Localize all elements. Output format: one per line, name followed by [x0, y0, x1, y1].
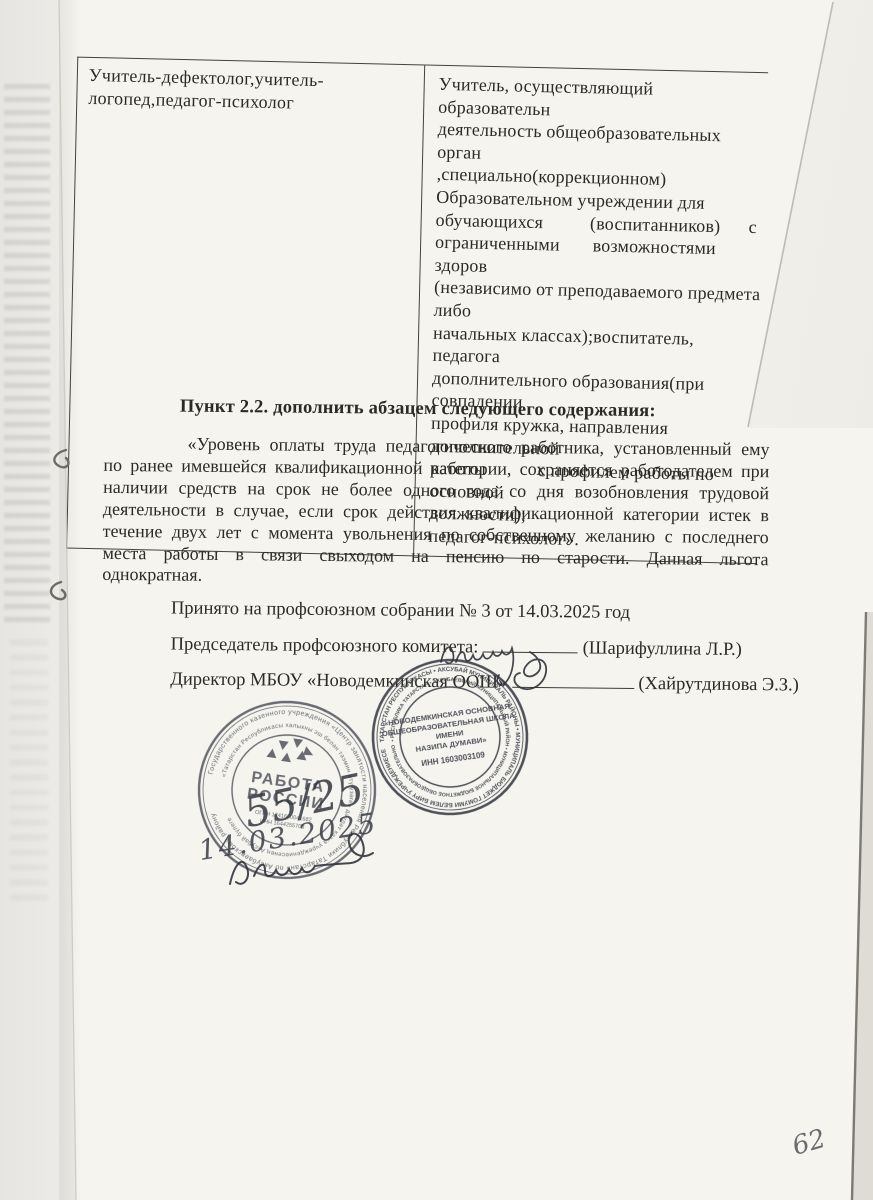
director-signature-line — [512, 672, 634, 689]
adoption-line: Принято на профсоюзном собрании № 3 от 1… — [171, 598, 630, 623]
chairman-name: (Шарифуллина Л.Р.) — [583, 638, 742, 660]
director-label: Директор МБОУ «Новодемкинская ООШ» — [170, 669, 507, 692]
chairman-label: Председатель профсоюзного комитета: — [171, 634, 479, 657]
director-name: (Хайрутдинова Э.З.) — [638, 674, 799, 696]
scanned-document: Учитель-дефектолог,учитель- логопед,педа… — [0, 0, 873, 1200]
chairman-signature-line — [483, 636, 578, 653]
chairman-line: Председатель профсоюзного комитета: (Шар… — [171, 633, 742, 660]
body-paragraph: «Уровень оплаты труда педагогического ра… — [102, 433, 769, 593]
page-content: Учитель-дефектолог,учитель- логопед,педа… — [0, 0, 873, 1200]
director-line: Директор МБОУ «Новодемкинская ООШ» (Хайр… — [170, 668, 799, 696]
